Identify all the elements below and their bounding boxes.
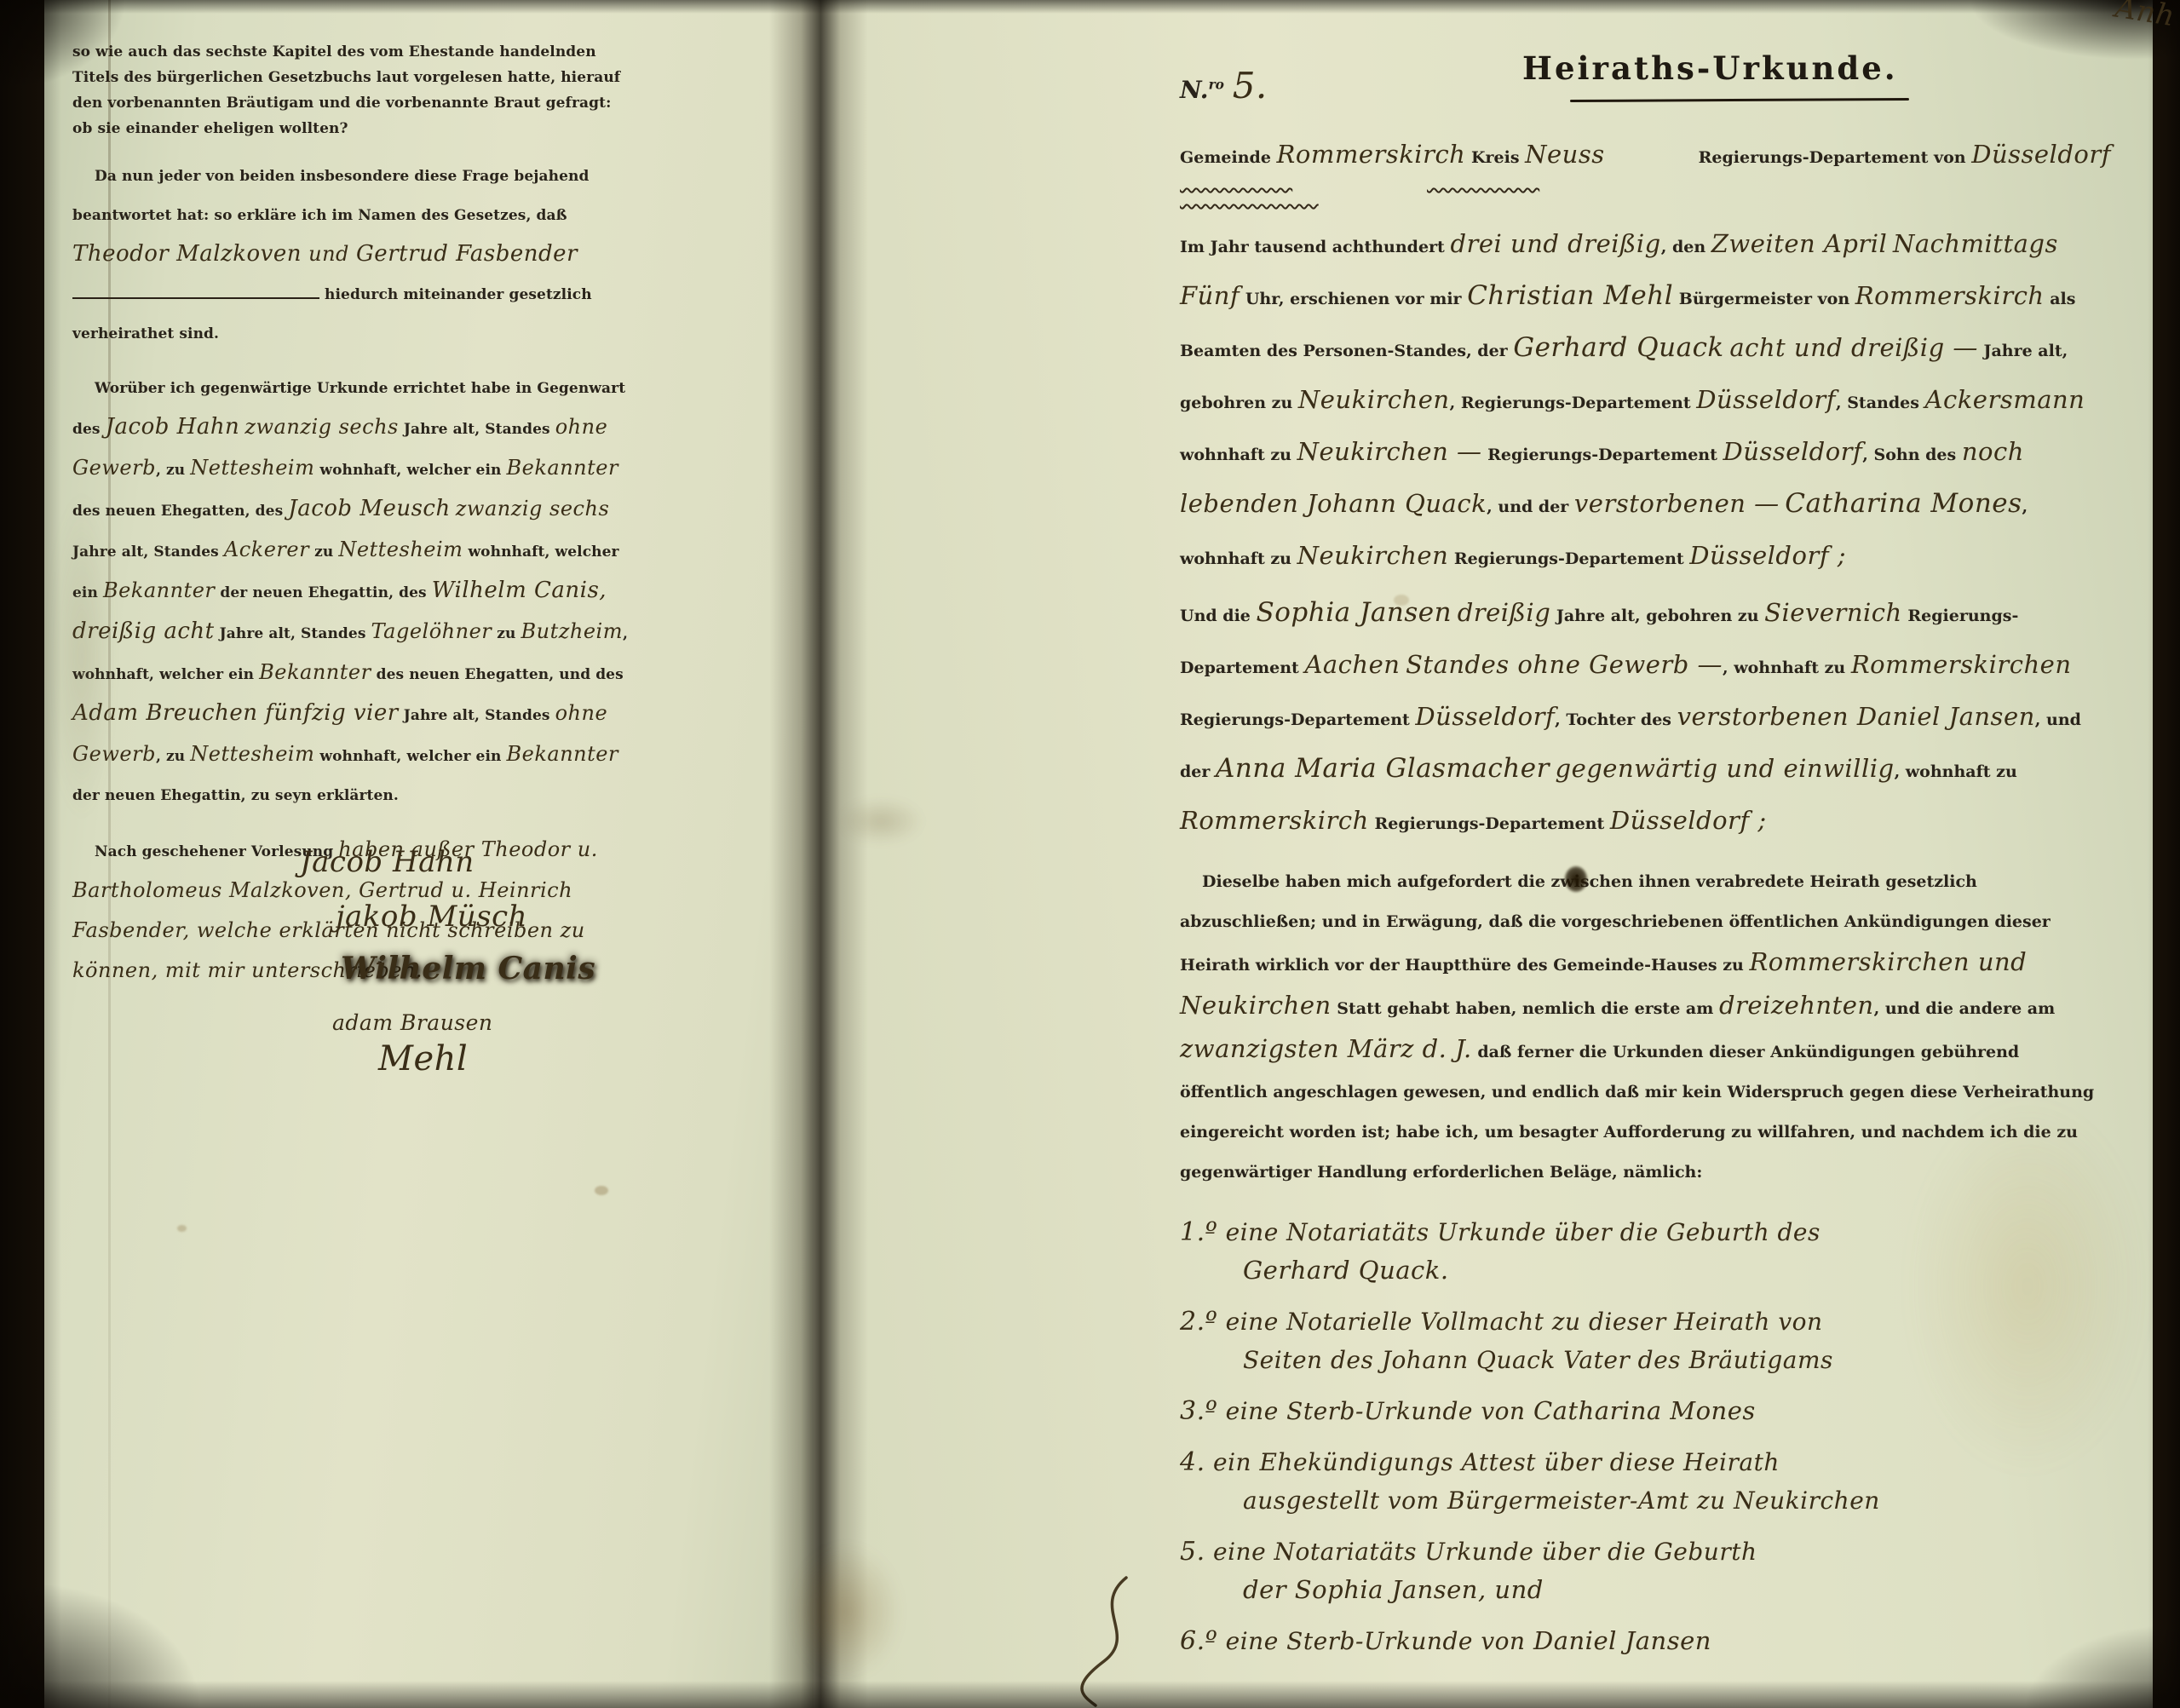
paragraph-bride: Und die Sophia Jansen dreißig Jahre alt,… [1180, 589, 2112, 848]
header-gemeinde-line: Gemeinde Rommerskirch Kreis NeussRegieru… [1180, 136, 2117, 176]
title-rule [1570, 98, 1909, 102]
supporting-documents-list: 1.º eine Notariatäts Urkunde über die Ge… [1180, 1215, 2112, 1662]
page-title: Heiraths-Urkunde. [1522, 49, 1898, 87]
paragraph-declaration: Da nun jeder von beiden insbesondere die… [72, 157, 630, 354]
right-page: N.ro 5. Heiraths-Urkunde. Gemeinde Romme… [814, 0, 2153, 1708]
pen-flourish [1072, 1574, 1148, 1708]
paragraph-witnesses: Worüber ich gegenwärtige Urkunde erricht… [72, 369, 630, 815]
document-item-4: 4. ein Ehekündigungs Attest über diese H… [1180, 1445, 2112, 1521]
signature-wilhelm-canis: Wilhelm Canis [341, 951, 595, 986]
paragraph-announcements: Dieselbe haben mich aufgefordert die zwi… [1180, 862, 2112, 1193]
document-item-6: 6.º eine Sterb-Urkunde von Daniel Jansen [1180, 1624, 2112, 1662]
signature-jakob-muesch: jakob Müsch [336, 900, 527, 934]
document-item-1: 1.º eine Notariatäts Urkunde über die Ge… [1180, 1215, 2112, 1291]
binding-gutter [769, 0, 868, 1708]
header-blank-underlines [1180, 174, 2117, 206]
paragraph-groom: Im Jahr tausend achthundert drei und dre… [1180, 220, 2112, 584]
paragraph-intro: so wie auch das sechste Kapitel des vom … [72, 39, 630, 141]
document-item-5: 5. eine Notariatäts Urkunde über die Geb… [1180, 1534, 2112, 1611]
signature-mehl: Mehl [378, 1039, 468, 1078]
record-number: N.ro 5. [1180, 65, 1268, 106]
page-crease [108, 0, 111, 1708]
signature-jacob-hahn: Jacob Hahn [300, 845, 475, 879]
document-item-3: 3.º eine Sterb-Urkunde von Catharina Mon… [1180, 1394, 2112, 1432]
left-page: so wie auch das sechste Kapitel des vom … [44, 0, 814, 1708]
document-scan: so wie auch das sechste Kapitel des vom … [0, 0, 2180, 1708]
right-page-text-column: Im Jahr tausend achthundert drei und dre… [1180, 220, 2112, 1675]
signature-adam-brausen: adam Brausen [332, 1010, 493, 1035]
document-item-2: 2.º eine Notarielle Vollmacht zu dieser … [1180, 1304, 2112, 1381]
